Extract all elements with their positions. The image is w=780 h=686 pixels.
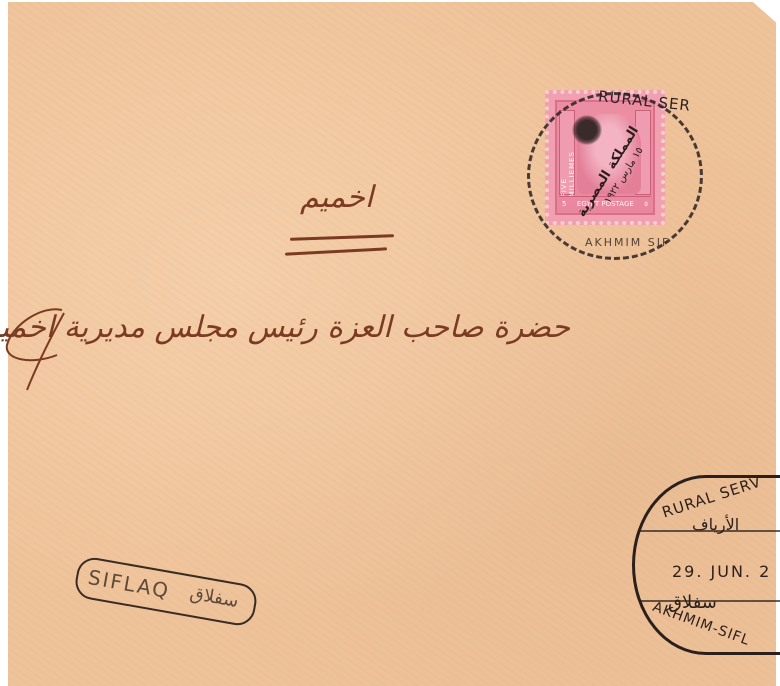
postmark-top-ring [527, 92, 703, 260]
signature-flourish [2, 305, 72, 395]
postmark-br-date: 29. JUN. 2 [672, 562, 771, 581]
cachet-label: SIFLAQ [86, 565, 172, 603]
postmark-top-bottom-label: AKHMIM SIF [585, 236, 670, 249]
handwritten-addressee: حضرة صاحب العزة رئيس مجلس مديرية اخميم [10, 310, 570, 345]
postmark-br-arabic-line: الأرياف [692, 515, 739, 534]
handwritten-town: اخميم [300, 180, 373, 215]
cachet-arabic: سفلاق [188, 583, 240, 612]
